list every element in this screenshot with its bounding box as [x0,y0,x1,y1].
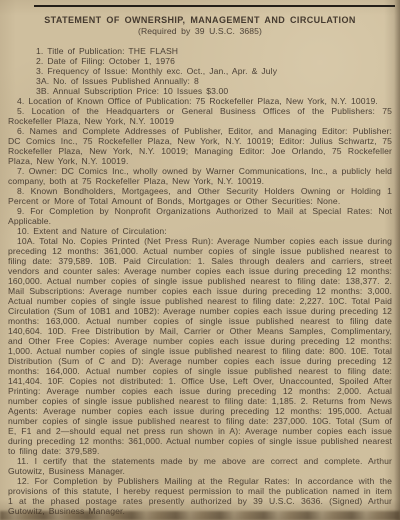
statement-item-5: 5. Location of the Headquarters or Gener… [8,106,392,126]
statement-item-2: 2. Date of Filing: October 1, 1976 [36,56,392,66]
scanned-statement-page: { "colors": { "paper": "#cfbf9e", "ink":… [0,0,400,520]
right-edge-scan-shadow [394,0,400,520]
statement-item-7: 7. Owner: DC Comics Inc., wholly owned b… [8,166,392,186]
document-body: 1. Title of Publication: THE FLASH 2. Da… [8,46,392,516]
statement-item-6: 6. Names and Complete Addresses of Publi… [8,126,392,166]
statement-item-10a-10g-circulation: 10A. Total No. Copies Printed (Net Press… [8,236,392,456]
statement-item-3b: 3B. Annual Subscription Price: 10 Issues… [36,86,392,96]
statement-item-9: 9. For Completion by Nonprofit Organizat… [8,206,392,226]
document-subtitle: (Required by 39 U.S.C. 3685) [8,26,392,36]
statement-item-8: 8. Known Bondholders, Mortgagees, and Ot… [8,186,392,206]
statement-item-3: 3. Frequency of Issue: Monthly exc. Oct.… [36,66,392,76]
statement-item-12-mailing-request: 12. For Completion by Publishers Mailing… [8,476,392,516]
bottom-scan-artifact [0,511,400,520]
statement-item-10: 10. Extent and Nature of Circulation: [8,226,392,236]
statement-item-1: 1. Title of Publication: THE FLASH [36,46,392,56]
document-title: STATEMENT OF OWNERSHIP, MANAGEMENT AND C… [8,15,392,25]
statement-item-3a: 3A. No. of Issues Published Annually: 8 [36,76,392,86]
statement-item-4: 4. Location of Known Office of Publicati… [8,96,392,106]
statement-document: STATEMENT OF OWNERSHIP, MANAGEMENT AND C… [0,0,400,516]
statement-item-11-certification: 11. I certify that the statements made b… [8,456,392,476]
